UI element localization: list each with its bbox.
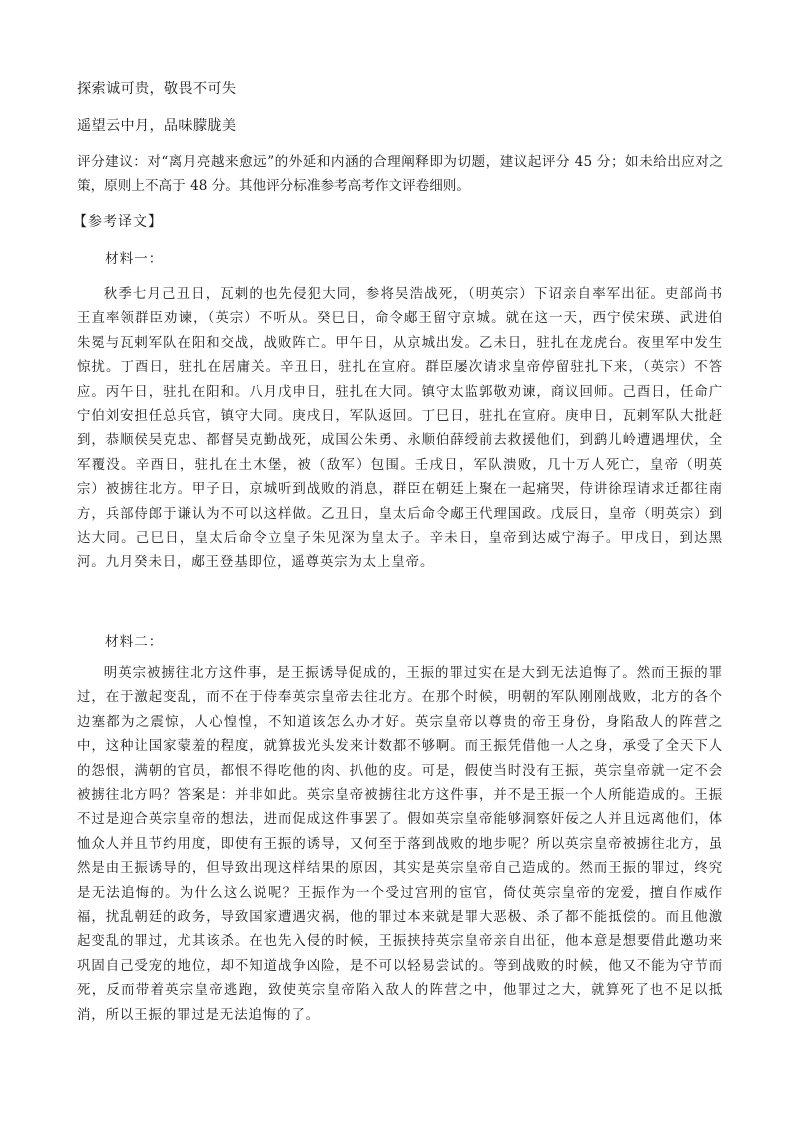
material-2-label: 材料二： [105,633,163,651]
grading-suggestion: 评分建议：对“离月亮越来愈远”的外延和内涵的合理阐释即为切题，建议起评分 45 … [77,150,723,198]
material-1-label: 材料一： [105,250,163,268]
reference-translation-heading: 【参考译文】 [73,213,163,231]
essay-title-1: 探索诚可贵，敬畏不可失 [77,80,236,98]
material-1-text: 秋季七月己丑日，瓦剌的也先侵犯大同，参将吴浩战死，（明英宗）下诏亲自率军出征。吏… [77,283,723,576]
material-2-text: 明英宗被掳往北方这件事，是王振诱导促成的，王振的罪过实在是大到无法追悔了。然而王… [77,662,723,1028]
essay-title-2: 遥望云中月，品味朦胧美 [77,117,236,135]
